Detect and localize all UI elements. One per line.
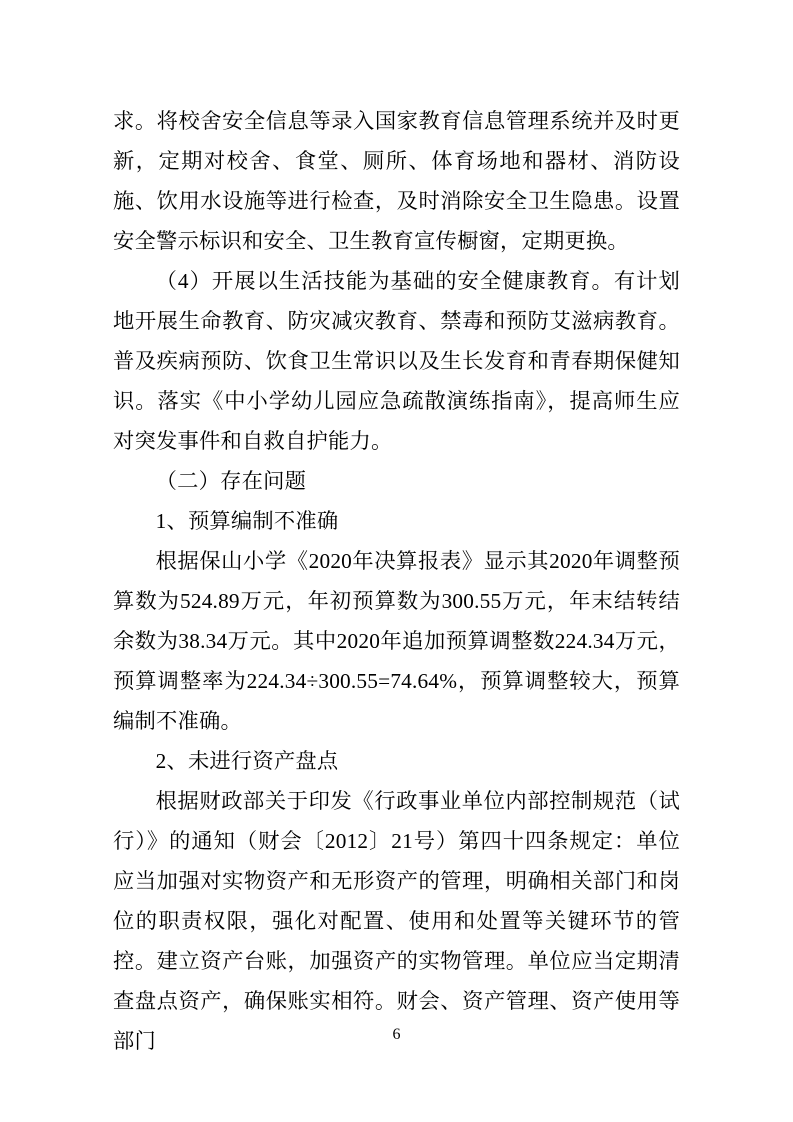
document-body: 求。将校舍安全信息等录入国家教育信息管理系统并及时更新，定期对校舍、食堂、厕所、… <box>113 101 680 1061</box>
heading-issue-2: 2、未进行资产盘点 <box>113 741 680 781</box>
paragraph-issue-2-body: 根据财政部关于印发《行政事业单位内部控制规范（试行）》的通知（财会〔2012〕2… <box>113 781 680 1061</box>
heading-issue-1: 1、预算编制不准确 <box>113 501 680 541</box>
document-page: 求。将校舍安全信息等录入国家教育信息管理系统并及时更新，定期对校舍、食堂、厕所、… <box>0 0 793 1122</box>
paragraph-issue-1-body: 根据保山小学《2020年决算报表》显示其2020年调整预算数为524.89万元，… <box>113 541 680 741</box>
heading-section-2-problems: （二）存在问题 <box>113 461 680 501</box>
paragraph-continuation: 求。将校舍安全信息等录入国家教育信息管理系统并及时更新，定期对校舍、食堂、厕所、… <box>113 101 680 261</box>
page-number: 6 <box>0 1026 793 1044</box>
paragraph-item-4: （4）开展以生活技能为基础的安全健康教育。有计划地开展生命教育、防灾减灾教育、禁… <box>113 261 680 461</box>
